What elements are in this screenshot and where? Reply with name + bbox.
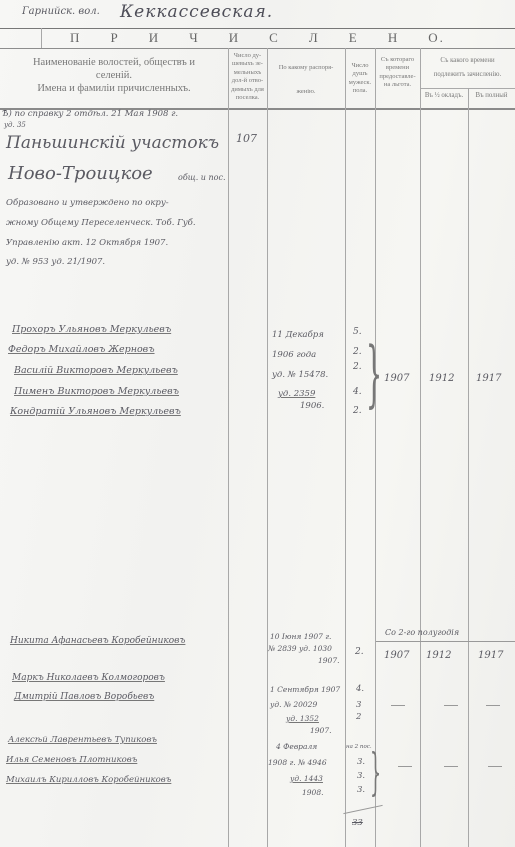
header-line: подлежитъ зачисленію. bbox=[420, 68, 515, 82]
header-top-rule bbox=[0, 48, 515, 49]
column-header-since: Съ котораго времени предоставле- на льго… bbox=[375, 56, 420, 90]
full-year: 1917 bbox=[476, 373, 501, 384]
column-header-full: Въ полный bbox=[468, 92, 515, 99]
souls-count: 2 bbox=[356, 712, 361, 722]
ledger-page: Гарнийск. вол. Кеккассевская. П Р И Ч И … bbox=[0, 0, 515, 847]
group-brace: } bbox=[370, 742, 381, 802]
volost-name: Кеккассевская. bbox=[120, 2, 273, 22]
column-line bbox=[420, 48, 421, 847]
title-letter: И bbox=[229, 30, 240, 46]
empty-dash bbox=[398, 766, 412, 767]
souls-count: 3. bbox=[357, 771, 365, 781]
souls-note: на 2 пос. bbox=[346, 744, 372, 750]
header-line: По какому распоря- bbox=[267, 64, 345, 72]
settlement-name: Ново-Троицкое bbox=[8, 163, 153, 184]
souls-total: 33 bbox=[352, 818, 363, 828]
order-line: уд. 1443 bbox=[290, 774, 323, 783]
title-letter: И bbox=[149, 30, 160, 46]
since-year: 1907 bbox=[384, 373, 409, 384]
order-line: 1907. bbox=[310, 726, 331, 735]
empty-dash bbox=[488, 766, 502, 767]
settlement-suffix: общ. и пос. bbox=[178, 173, 225, 182]
souls-count: 4. bbox=[353, 387, 362, 397]
order-line: № 2839 уд. 1030 bbox=[268, 644, 332, 653]
header-line: мельныхъ bbox=[228, 69, 267, 77]
order-line: уд. № 15478. bbox=[272, 370, 328, 380]
person-name: Дмитрій Павловъ Воробьевъ bbox=[14, 692, 154, 702]
person-name: Илья Семеновъ Плотниковъ bbox=[6, 755, 137, 765]
column-header-name: Наименованіе волостей, обществъ и селені… bbox=[2, 56, 226, 95]
header-line: Число ду- bbox=[228, 52, 267, 60]
column-line bbox=[468, 88, 469, 847]
formation-line: Управленію акт. 12 Октября 1907. bbox=[6, 238, 168, 248]
note-underline bbox=[376, 641, 515, 642]
section-title: П Р И Ч И С Л Е Н О. bbox=[70, 30, 515, 46]
order-line: 1907. bbox=[318, 656, 339, 665]
person-name: Федоръ Михайловъ Жерновъ bbox=[8, 344, 155, 355]
order-line: 1906 года bbox=[272, 350, 316, 360]
header-line: предоставле- bbox=[375, 73, 420, 81]
header-line: женію. bbox=[267, 88, 345, 96]
header-line: шевыхъ зе- bbox=[228, 60, 267, 68]
person-name: Василій Викторовъ Меркульевъ bbox=[14, 365, 178, 376]
order-line: 10 Іюня 1907 г. bbox=[270, 632, 331, 641]
header-line: душъ bbox=[345, 70, 375, 78]
header-line: Число bbox=[345, 62, 375, 70]
header-line: Наименованіе волостей, обществъ и bbox=[2, 56, 226, 69]
order-line: уд. № 20029 bbox=[270, 700, 317, 709]
souls-count: 2. bbox=[353, 362, 362, 372]
order-line: уд. 1352 bbox=[286, 714, 319, 723]
souls-count: 3. bbox=[357, 785, 365, 795]
order-line: 1906. bbox=[300, 401, 324, 411]
person-name: Никита Афанасьевъ Коробейниковъ bbox=[10, 636, 185, 646]
souls-count: 3. bbox=[357, 757, 365, 767]
souls-count: 2. bbox=[353, 406, 362, 416]
souls-count: 2. bbox=[353, 347, 362, 357]
formation-line: жному Общему Переселенческ. Тоб. Губ. bbox=[6, 218, 196, 228]
half-year: 1912 bbox=[429, 373, 454, 384]
header-line: пола. bbox=[345, 87, 375, 95]
order-line: 4 Февраля bbox=[276, 742, 317, 751]
group-brace: } bbox=[366, 328, 382, 418]
total-rule bbox=[343, 805, 382, 814]
title-letter: П bbox=[70, 30, 81, 46]
order-line: 1908 г. № 4946 bbox=[268, 758, 327, 767]
order-line: 11 Декабря bbox=[272, 330, 324, 340]
empty-dash bbox=[486, 705, 500, 706]
header-line: Съ какого времени bbox=[420, 54, 515, 68]
district-number: 107 bbox=[236, 132, 257, 145]
header-line: поселка. bbox=[228, 94, 267, 102]
order-line: уд. 2359 bbox=[278, 389, 315, 399]
half-year: 1912 bbox=[426, 650, 451, 661]
since-year: 1907 bbox=[384, 650, 409, 661]
title-letter: С bbox=[269, 30, 280, 46]
person-name: Алексѣй Лаврентьевъ Тупиковъ bbox=[8, 735, 157, 745]
header-line: димыхъ для bbox=[228, 86, 267, 94]
header-line: дол-й отво- bbox=[228, 77, 267, 85]
title-letter: Н bbox=[388, 30, 399, 46]
order-line: 1 Сентября 1907 bbox=[270, 685, 340, 694]
column-header-desyatin: Число ду- шевыхъ зе- мельныхъ дол-й отво… bbox=[228, 52, 267, 102]
reference-note: Ѣ) по справку 2 отдѣл. 21 Мая 1908 г. bbox=[2, 109, 178, 119]
top-rule bbox=[0, 28, 515, 29]
header-line: Съ котораго bbox=[375, 56, 420, 64]
district-name: Паньшинскій участокъ bbox=[6, 133, 219, 153]
full-year: 1917 bbox=[478, 650, 503, 661]
order-line: 1908. bbox=[302, 788, 323, 797]
column-header-souls: Число душъ мужеск. пола. bbox=[345, 62, 375, 96]
empty-dash bbox=[444, 705, 458, 706]
title-letter: Ч bbox=[189, 30, 199, 46]
souls-count: 3 bbox=[356, 700, 361, 710]
person-name: Пименъ Викторовъ Меркульевъ bbox=[14, 386, 179, 397]
title-letter: Р bbox=[110, 30, 119, 46]
column-line bbox=[267, 48, 268, 847]
column-line bbox=[375, 48, 376, 847]
header-line: Имена и фамиліи причисленныхъ. bbox=[2, 82, 226, 95]
header-line: мужеск. bbox=[345, 79, 375, 87]
title-letter: О. bbox=[428, 30, 445, 46]
empty-dash bbox=[391, 705, 405, 706]
volost-label: Гарнийск. вол. bbox=[22, 6, 100, 17]
reference-note-num: уд. 35 bbox=[4, 121, 26, 129]
formation-line: Образовано и утверждено по окру- bbox=[6, 198, 169, 208]
header-line: на льгота. bbox=[375, 81, 420, 89]
empty-dash bbox=[444, 766, 458, 767]
person-name: Маркъ Николаевъ Колмогоровъ bbox=[12, 673, 165, 683]
half-year-note: Со 2-го полугодія bbox=[385, 628, 459, 637]
formation-line: уд. № 953 уд. 21/1907. bbox=[6, 257, 105, 267]
column-header-half: Въ ½ окладъ. bbox=[420, 92, 468, 99]
column-line bbox=[228, 48, 229, 847]
person-name: Михаилъ Кирилловъ Коробейниковъ bbox=[6, 775, 171, 785]
souls-count: 5. bbox=[353, 327, 362, 337]
souls-count: 2. bbox=[355, 647, 364, 657]
column-header-tax-group: Съ какого времени подлежитъ зачисленію. bbox=[420, 54, 515, 82]
header-line: селеній. bbox=[2, 69, 226, 82]
title-divider bbox=[41, 28, 42, 48]
title-letter: Е bbox=[349, 30, 359, 46]
header-line: времени bbox=[375, 64, 420, 72]
person-name: Прохоръ Ульяновъ Меркульевъ bbox=[12, 324, 171, 335]
souls-count: 4. bbox=[356, 684, 364, 694]
column-header-order: По какому распоря- женію. bbox=[267, 64, 345, 97]
column-line bbox=[345, 48, 346, 847]
title-letter: Л bbox=[309, 30, 320, 46]
person-name: Кондратій Ульяновъ Меркульевъ bbox=[10, 406, 181, 417]
